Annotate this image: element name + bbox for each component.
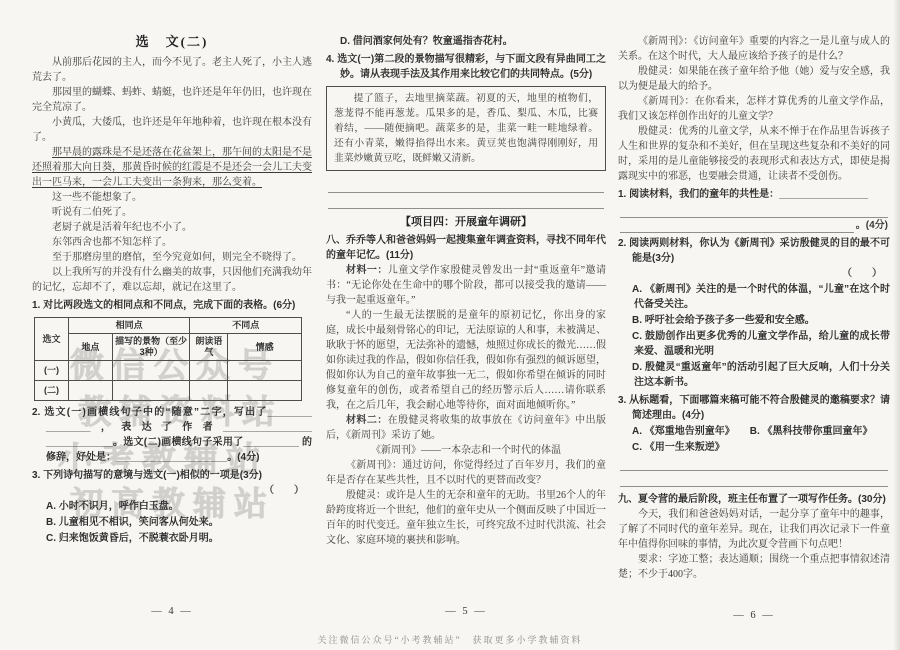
table-blank-cell: [190, 361, 228, 381]
answer-line: [620, 455, 888, 471]
table-row: (一): [35, 361, 302, 381]
table-blank-cell: [190, 381, 228, 401]
option-a-b: A. 《郑重地告别童年》 B. 《黑科技带你重回童年》: [618, 424, 890, 439]
page-5-column: D. 借问酒家何处有？牧童遥指杏花村。 4. 选文(一)第二段的景物描写很精彩，…: [326, 34, 606, 548]
passage-paragraph: 听说有二伯死了。: [32, 205, 312, 220]
option-c: C. 归来饱饭黄昏后，不脱蓑衣卧月明。: [32, 531, 312, 546]
question-9-stem: 九、夏令营的最后阶段，班主任布置了一项写作任务。(30分): [618, 492, 890, 507]
material-1-paragraph: 材料一：儿童文学作家殷健灵曾发出一封“重返童年”邀请书：“无论你处在生命中的哪个…: [326, 263, 606, 308]
page-number-5: — 5 —: [326, 606, 606, 617]
passage-paragraph: 老厨子就是活着年纪也不小了。: [32, 220, 312, 235]
material-1-paragraph: “人的一生最无法摆脱的是童年的原初记忆，你出身的家庭，成长中最刻骨铭心的印记，无…: [326, 308, 606, 413]
table-row: (二): [35, 381, 302, 401]
table-header-emotion: 情感: [228, 334, 302, 361]
answer-fill-line: [620, 219, 854, 233]
quoted-passage-box: 提了篮子，去地里摘菜蔬。初夏的天，地里的植物们，葱茏得不能再葱茏。瓜果多的是，香…: [326, 86, 606, 171]
passage-paragraph: 那园里的蝴蝶、蚂蚱、蜻蜓，也许还是年年仍旧，也许现在完全荒凉了。: [32, 85, 312, 115]
writing-task-requirements: 要求：字迹工整；表达通顺；围绕一个重点把事情叙述清楚；不少于400字。: [618, 552, 890, 582]
question-2-stem: 2. 阅读两则材料，你认为《新周刊》采访殷健灵的目的最不可能是(3分): [618, 236, 890, 266]
table-header-place: 地点: [68, 334, 112, 361]
option-d: D. 殷健灵“重返童年”的活动引起了巨大反响，人们十分关注这本新书。: [618, 360, 890, 390]
passage-paragraph: 从前那后花园的主人，而今不见了。老主人死了，小主人逃荒去了。: [32, 55, 312, 85]
option-b: B. 儿童相见不相识，笑问客从何处来。: [32, 515, 312, 530]
wechat-footer-note: 关注微信公众号“小考教辅站” 获取更多小学教辅资料: [0, 633, 900, 646]
interview-answer: 殷健灵：或许是人生的无奈和童年的无助。书里26个人的年龄跨度将近一个世纪，他们的…: [326, 488, 606, 548]
table-header-same: 相同点: [68, 318, 190, 334]
option-a: A. 《新周刊》关注的是一个时代的体温，“儿童”在这个时代备受关注。: [618, 282, 890, 312]
material-2-paragraph: 材料二：在殷健灵将收集的故事放在《访问童年》中出版后，《新周刊》采访了她。: [326, 413, 606, 443]
passage-paragraph: 东邻西舍也都不知怎样了。: [32, 235, 312, 250]
question-8-stem: 八、乔乔等人和爸爸妈妈一起搜集童年调查资料，寻找不同年代的童年记忆。(11分): [326, 233, 606, 263]
question-4-stem: 4. 选文(一)第二段的景物描写很精彩，与下面文段有异曲同工之妙。请从表现手法及…: [326, 52, 606, 82]
boxed-passage-text: 提了篮子，去地里摘菜蔬。初夏的天，地里的植物们，葱茏得不能再葱茏。瓜果多的是，香…: [334, 91, 598, 166]
page-4-column: 选 文(二) 从前那后花园的主人，而今不见了。老主人死了，小主人逃荒去了。 那园…: [32, 34, 312, 546]
comparison-table: 选文 相同点 不同点 地点 描写的景物（至少3种） 朗读语气 情感 (一) (二…: [34, 317, 302, 401]
question-3-stem: 3. 下列诗句描写的意境与选文(一)相似的一项是(3分): [32, 468, 312, 483]
option-c: C. 鼓励创作出更多优秀的儿童文学作品，给儿童的成长带来爱、温暖和光明: [618, 329, 890, 359]
option-d: D. 借问酒家何处有？牧童遥指杏花村。: [326, 34, 606, 49]
page-6-column: 《新周刊》：《访问童年》重要的内容之一是儿童与成人的关系。在这个时代，大人最应该…: [618, 34, 890, 582]
table-blank-cell: [68, 361, 112, 381]
table-blank-cell: [68, 381, 112, 401]
table-row-label: (二): [35, 381, 69, 401]
answer-line: [620, 471, 888, 487]
answer-line-with-score: 。(4分): [620, 218, 888, 233]
table-blank-cell: [228, 381, 302, 401]
option-a: A. 小时不识月，呼作白玉盘。: [32, 499, 312, 514]
answer-line: [328, 177, 604, 193]
table-blank-cell: [228, 361, 302, 381]
table-header-tone: 朗读语气: [190, 334, 228, 361]
question-1-stem: 1. 阅读材料，我们的童年的共性是：________________: [618, 187, 890, 202]
section-header: 【项目四：开展童年调研】: [326, 215, 606, 230]
option-c: C. 《用一生来叛逆》: [618, 440, 890, 455]
passage-title: 选 文(二): [32, 34, 312, 49]
passage-paragraph: 以上我所写的并没有什么幽美的故事，只因他们充满我幼年的记忆，忘却不了，难以忘却，…: [32, 265, 312, 295]
material-1-label: 材料一：: [346, 265, 388, 276]
table-blank-cell: [112, 381, 190, 401]
material-2-label: 材料二：: [346, 415, 388, 426]
answer-bracket: （ ）: [618, 266, 890, 281]
answer-line: [328, 193, 604, 209]
question-1-stem: 1. 对比两段选文的相同点和不同点，完成下面的表格。(6分): [32, 298, 312, 313]
passage-paragraph-underlined: 那早晨的露珠是不是还落在花盆架上，那午间的太阳是不是还照着那大向日葵，那黄昏时候…: [32, 145, 312, 190]
table-blank-cell: [112, 361, 190, 381]
table-row-label: (一): [35, 361, 69, 381]
interview-subtitle: 《新周刊》——一本杂志和一个时代的体温: [326, 443, 606, 458]
scanned-exam-paper: { "watermark": { "lines": ["微信公众号", "教辅资…: [0, 0, 900, 650]
question-2-stem: 2. 选文(一)画横线句子中的“随意”二字，写出了________ ______…: [32, 405, 312, 465]
table-header-scene: 描写的景物（至少3种）: [112, 334, 190, 361]
question-3-stem: 3. 从标题看，下面哪篇来稿可能不符合殷健灵的邀稿要求？请简述理由。(4分): [618, 393, 890, 423]
answer-bracket: （ ）: [32, 483, 312, 498]
page-number-6: — 6 —: [618, 610, 890, 621]
interview-answer: 殷健灵：如果能在孩子童年给予他（她）爱与安全感，我以为便是最大的给予。: [618, 64, 890, 94]
interview-question: 《新周刊》：在你看来，怎样才算优秀的儿童文学作品，我们又该怎样创作出好的儿童文学…: [618, 94, 890, 124]
page-number-4: — 4 —: [32, 606, 312, 617]
passage-paragraph: 至于那磨房里的磨倌，至今究竟如何，则完全不晓得了。: [32, 250, 312, 265]
interview-question: 《新周刊》：通过访问，你觉得经过了百年岁月，我们的童年是否存在某些共性，且不以时…: [326, 458, 606, 488]
table-header-diff: 不同点: [190, 318, 302, 334]
option-b: B. 呼吁社会给予孩子多一些爱和安全感。: [618, 313, 890, 328]
interview-question: 《新周刊》：《访问童年》重要的内容之一是儿童与成人的关系。在这个时代，大人最应该…: [618, 34, 890, 64]
table-header-xuanwen: 选文: [35, 318, 69, 361]
passage-paragraph: 小黄瓜，大倭瓜，也许还是年年地种着，也许现在根本没有了。: [32, 115, 312, 145]
writing-task-paragraph: 今天，我们和爸爸妈妈对话，一起分享了童年中的趣事，了解了不同时代的童年差异。现在…: [618, 507, 890, 552]
answer-line: [620, 202, 888, 218]
passage-paragraph: 这一些不能想象了。: [32, 190, 312, 205]
interview-answer: 殷健灵：优秀的儿童文学，从来不惮于在作品里告诉孩子人生和世界的复杂和不美好，但在…: [618, 124, 890, 184]
score-label: 。(4分): [854, 218, 888, 233]
